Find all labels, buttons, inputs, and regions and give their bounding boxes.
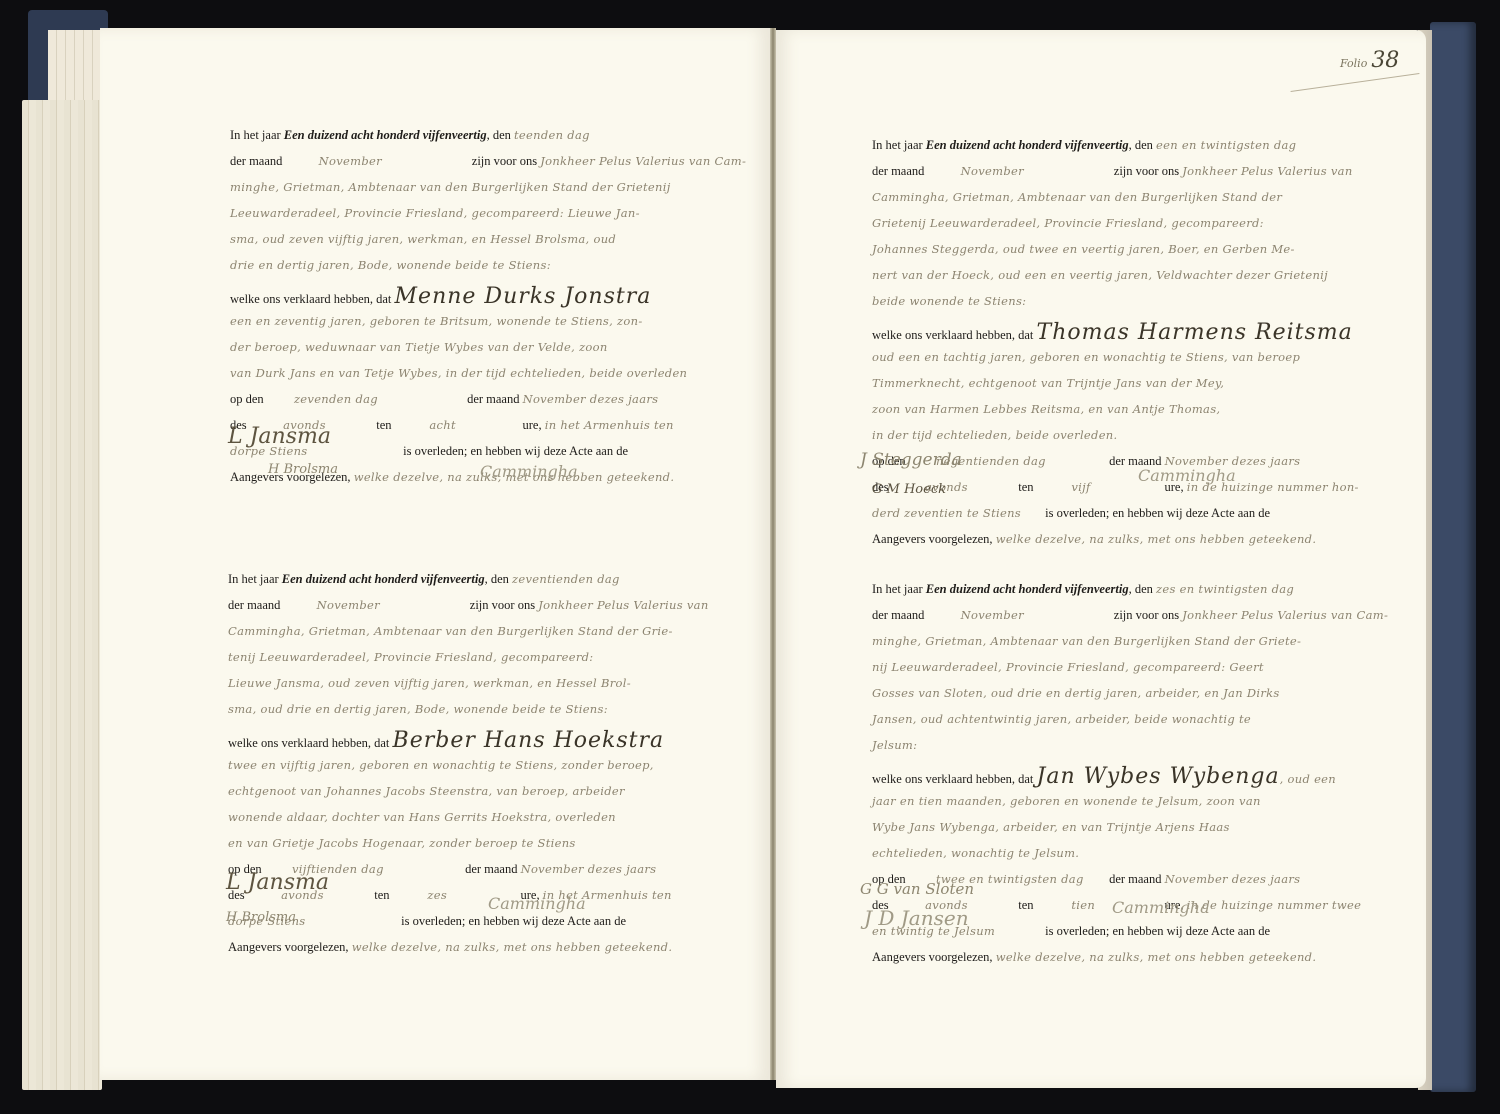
handwritten-official: Jelsum: (872, 738, 1417, 752)
handwritten-place: derd zeventien te Stiens (872, 506, 1042, 520)
death-record-right-top: In het jaar Een duizend acht honderd vij… (872, 138, 1417, 558)
record-month-line: der maand November zijn voor ons Jonkhee… (230, 154, 775, 180)
record-intro-line: In het jaar Een duizend acht honderd vij… (872, 582, 1417, 608)
printed-text: ten (1018, 898, 1068, 913)
printed-text: zijn voor ons (1114, 164, 1179, 178)
printed-text: , den (487, 128, 511, 142)
printed-text: Aangevers voorgelezen, (872, 532, 993, 546)
record-overleden-line: dorpe Stiens is overleden; en hebben wij… (228, 914, 773, 940)
handwritten-age: , oud een (1280, 772, 1336, 786)
handwritten-deceased-detail: wonende aldaar, dochter van Hans Gerrits… (228, 810, 773, 824)
printed-text: In het jaar (872, 582, 923, 596)
handwritten-deceased-detail: in der tijd echtelieden, beide overleden… (872, 428, 1417, 442)
handwritten-date-day: teenden dag (514, 128, 590, 142)
folio-value: 38 (1371, 48, 1399, 73)
printed-text: is overleden; en hebben wij deze Acte aa… (1045, 506, 1270, 520)
signature-witness-2: H Brolsma (226, 910, 296, 925)
record-deceased-line: welke ons verklaard hebben, dat Jan Wybe… (872, 764, 1417, 794)
handwritten-official: Grietenij Leeuwarderadeel, Provincie Fri… (872, 216, 1417, 230)
record-deceased-detail: zoon van Harmen Lebbes Reitsma, en van A… (872, 402, 1417, 428)
record-deceased-detail: jaar en tien maanden, geboren en wonende… (872, 794, 1417, 820)
handwritten-deceased-detail: twee en vijftig jaren, geboren en wonach… (228, 758, 773, 772)
printed-text: zijn voor ons (1114, 608, 1179, 622)
printed-text: ure, (523, 418, 542, 432)
signature-witness-1: L Jansma (228, 424, 331, 449)
printed-text: , den (485, 572, 509, 586)
handwritten-deceased-detail: echtelieden, wonachtig te Jelsum. (872, 846, 1417, 860)
record-deceased-detail: twee en vijftig jaren, geboren en wonach… (228, 758, 773, 784)
printed-text: der maand (228, 598, 280, 612)
handwritten-closing: welke dezelve, na zulks, met ons hebben … (996, 532, 1317, 546)
signature-witness-1: L Jansma (226, 870, 329, 895)
handwritten-hour: acht (429, 418, 519, 432)
printed-text: In het jaar (872, 138, 923, 152)
handwritten-official: Johannes Steggerda, oud twee en veertig … (872, 242, 1417, 256)
handwritten-official: Jansen, oud achtentwintig jaren, arbeide… (872, 712, 1417, 726)
record-deceased-detail: oud een en tachtig jaren, geboren en won… (872, 350, 1417, 376)
printed-text: zijn voor ons (472, 154, 537, 168)
signature-witness-2: H Brolsma (268, 462, 338, 477)
signature-witness-1: G G van Sloten (860, 880, 974, 898)
handwritten-deceased-detail: en van Grietje Jacobs Hogenaar, zonder b… (228, 836, 773, 850)
handwritten-official: Jonkheer Pelus Valerius van (538, 598, 708, 612)
printed-text: is overleden; en hebben wij deze Acte aa… (401, 914, 626, 928)
printed-text: der maand (230, 154, 282, 168)
record-deceased-detail: en van Grietje Jacobs Hogenaar, zonder b… (228, 836, 773, 862)
printed-text: der maand (872, 608, 924, 622)
record-deceased-line: welke ons verklaard hebben, dat Thomas H… (872, 320, 1417, 350)
printed-text: In het jaar (230, 128, 281, 142)
record-intro-line: In het jaar Een duizend acht honderd vij… (230, 128, 775, 154)
handwritten-closing: welke dezelve, na zulks, met ons hebben … (996, 950, 1317, 964)
printed-year: Een duizend acht honderd vijfenveertig (284, 128, 487, 142)
record-death-date-line: op den zevenden dag der maand November d… (230, 392, 775, 418)
deceased-name: Menne Durks Jonstra (395, 284, 652, 309)
record-closing-line: Aangevers voorgelezen, welke dezelve, na… (872, 532, 1417, 558)
record-official-line: Cammingha, Grietman, Ambtenaar van den B… (228, 624, 773, 650)
handwritten-date-day: een en twintigsten dag (1156, 138, 1296, 152)
record-official-line: tenij Leeuwarderadeel, Provincie Friesla… (228, 650, 773, 676)
printed-text: zijn voor ons (470, 598, 535, 612)
record-month-line: der maand November zijn voor ons Jonkhee… (872, 164, 1417, 190)
record-overleden-line: derd zeventien te Stiens is overleden; e… (872, 506, 1417, 532)
handwritten-month: November (961, 608, 1111, 622)
handwritten-death-month: November dezes jaars (523, 392, 659, 406)
handwritten-official: minghe, Grietman, Ambtenaar van den Burg… (872, 634, 1417, 648)
record-official-line: sma, oud drie en dertig jaren, Bode, won… (228, 702, 773, 728)
record-deceased-detail: echtgenoot van Johannes Jacobs Steenstra… (228, 784, 773, 810)
record-deceased-detail: Wybe Jans Wybenga, arbeider, en van Trij… (872, 820, 1417, 846)
record-deceased-detail: echtelieden, wonachtig te Jelsum. (872, 846, 1417, 872)
handwritten-official: Lieuwe Jansma, oud zeven vijftig jaren, … (228, 676, 773, 690)
handwritten-month: November (317, 598, 467, 612)
handwritten-deceased-detail: oud een en tachtig jaren, geboren en won… (872, 350, 1417, 364)
printed-text: op den (230, 392, 264, 406)
printed-text: is overleden; en hebben wij deze Acte aa… (403, 444, 628, 458)
handwritten-official: Cammingha, Grietman, Ambtenaar van den B… (872, 190, 1417, 204)
record-deceased-detail: een en zeventig jaren, geboren te Britsu… (230, 314, 775, 340)
printed-text: , den (1129, 582, 1153, 596)
record-deceased-detail: wonende aldaar, dochter van Hans Gerrits… (228, 810, 773, 836)
record-official-line: Johannes Steggerda, oud twee en veertig … (872, 242, 1417, 268)
signature-official: Cammingha (1112, 898, 1210, 917)
handwritten-date-day: zes en twintigsten dag (1156, 582, 1294, 596)
record-official-line: Gosses van Sloten, oud drie en dertig ja… (872, 686, 1417, 712)
handwritten-deceased-detail: Timmerknecht, echtgenoot van Trijntje Ja… (872, 376, 1417, 390)
signature-witness-2: G M Hoeck (872, 482, 946, 497)
record-month-line: der maand November zijn voor ons Jonkhee… (228, 598, 773, 624)
book-cover-right (1430, 22, 1476, 1092)
handwritten-official: Jonkheer Pelus Valerius van Cam- (1182, 608, 1388, 622)
record-official-line: beide wonende te Stiens: (872, 294, 1417, 320)
record-official-line: Jansen, oud achtentwintig jaren, arbeide… (872, 712, 1417, 738)
printed-text: Aangevers voorgelezen, (872, 950, 993, 964)
handwritten-death-month: November dezes jaars (521, 862, 657, 876)
printed-text: der maand (467, 392, 519, 406)
handwritten-deceased-detail: een en zeventig jaren, geboren te Britsu… (230, 314, 775, 328)
printed-text: der maand (1109, 872, 1161, 886)
record-deceased-detail: Timmerknecht, echtgenoot van Trijntje Ja… (872, 376, 1417, 402)
printed-text: der maand (872, 164, 924, 178)
handwritten-official: Jonkheer Pelus Valerius van Cam- (540, 154, 746, 168)
printed-text: is overleden; en hebben wij deze Acte aa… (1045, 924, 1270, 938)
signature-official: Cammingha (488, 894, 586, 913)
loose-pages-left (22, 100, 102, 1090)
record-intro-line: In het jaar Een duizend acht honderd vij… (872, 138, 1417, 164)
printed-text: Aangevers voorgelezen, (228, 940, 349, 954)
handwritten-official: Cammingha, Grietman, Ambtenaar van den B… (228, 624, 773, 638)
deceased-name: Thomas Harmens Reitsma (1037, 320, 1353, 345)
handwritten-death-day: zevenden dag (294, 392, 464, 406)
record-official-line: Jelsum: (872, 738, 1417, 764)
deceased-name: Jan Wybes Wybenga (1037, 764, 1280, 789)
record-official-line: sma, oud zeven vijftig jaren, werkman, e… (230, 232, 775, 258)
handwritten-deceased-detail: der beroep, weduwnaar van Tietje Wybes v… (230, 340, 775, 354)
record-official-line: minghe, Grietman, Ambtenaar van den Burg… (872, 634, 1417, 660)
printed-text: In het jaar (228, 572, 279, 586)
handwritten-official: tenij Leeuwarderadeel, Provincie Friesla… (228, 650, 773, 664)
handwritten-deceased-detail: jaar en tien maanden, geboren en wonende… (872, 794, 1417, 808)
printed-text: der maand (465, 862, 517, 876)
handwritten-official: sma, oud drie en dertig jaren, Bode, won… (228, 702, 773, 716)
printed-text: welke ons verklaard hebben, dat (230, 292, 391, 306)
handwritten-official: beide wonende te Stiens: (872, 294, 1417, 308)
printed-year: Een duizend acht honderd vijfenveertig (926, 138, 1129, 152)
printed-year: Een duizend acht honderd vijfenveertig (282, 572, 485, 586)
signature-witness-1: J Steggerda (860, 450, 962, 470)
handwritten-place: in de huizinge nummer twee (1187, 898, 1361, 912)
printed-text: , den (1129, 138, 1153, 152)
handwritten-official: Gosses van Sloten, oud drie en dertig ja… (872, 686, 1417, 700)
signature-official: Cammingha (480, 462, 578, 481)
printed-text: welke ons verklaard hebben, dat (228, 736, 389, 750)
record-closing-line: Aangevers voorgelezen, welke dezelve, na… (872, 950, 1417, 976)
record-official-line: drie en dertig jaren, Bode, wonende beid… (230, 258, 775, 284)
handwritten-death-month: November dezes jaars (1165, 872, 1301, 886)
deceased-name: Berber Hans Hoekstra (393, 728, 665, 753)
record-deceased-detail: van Durk Jans en van Tetje Wybes, in der… (230, 366, 775, 392)
handwritten-deceased-detail: Wybe Jans Wybenga, arbeider, en van Trij… (872, 820, 1417, 834)
handwritten-month: November (319, 154, 469, 168)
handwritten-official: minghe, Grietman, Ambtenaar van den Burg… (230, 180, 775, 194)
folio-label: Folio (1340, 57, 1367, 70)
signature-official: Cammingha (1138, 466, 1236, 485)
folio-number: Folio38 (1340, 48, 1399, 73)
handwritten-official: Jonkheer Pelus Valerius van (1182, 164, 1352, 178)
handwritten-official: nij Leeuwarderadeel, Provincie Friesland… (872, 660, 1417, 674)
record-official-line: nij Leeuwarderadeel, Provincie Friesland… (872, 660, 1417, 686)
record-closing-line: Aangevers voorgelezen, welke dezelve, na… (228, 940, 773, 966)
handwritten-official: drie en dertig jaren, Bode, wonende beid… (230, 258, 775, 272)
record-deceased-line: welke ons verklaard hebben, dat Menne Du… (230, 284, 775, 314)
handwritten-official: Leeuwarderadeel, Provincie Friesland, ge… (230, 206, 775, 220)
record-official-line: Lieuwe Jansma, oud zeven vijftig jaren, … (228, 676, 773, 702)
handwritten-date-day: zeventienden dag (512, 572, 620, 586)
record-deceased-line: welke ons verklaard hebben, dat Berber H… (228, 728, 773, 758)
printed-text: welke ons verklaard hebben, dat (872, 772, 1033, 786)
record-official-line: Leeuwarderadeel, Provincie Friesland, ge… (230, 206, 775, 232)
printed-year: Een duizend acht honderd vijfenveertig (926, 582, 1129, 596)
record-official-line: Cammingha, Grietman, Ambtenaar van den B… (872, 190, 1417, 216)
handwritten-closing: welke dezelve, na zulks, met ons hebben … (352, 940, 673, 954)
handwritten-month: November (961, 164, 1111, 178)
printed-text: welke ons verklaard hebben, dat (872, 328, 1033, 342)
handwritten-deceased-detail: zoon van Harmen Lebbes Reitsma, en van A… (872, 402, 1417, 416)
record-month-line: der maand November zijn voor ons Jonkhee… (872, 608, 1417, 634)
record-deceased-detail: der beroep, weduwnaar van Tietje Wybes v… (230, 340, 775, 366)
printed-text: ten (1018, 480, 1068, 495)
handwritten-official: nert van der Hoeck, oud een en veertig j… (872, 268, 1417, 282)
signature-witness-2: J D Jansen (864, 906, 969, 930)
record-official-line: nert van der Hoeck, oud een en veertig j… (872, 268, 1417, 294)
handwritten-deceased-detail: echtgenoot van Johannes Jacobs Steenstra… (228, 784, 773, 798)
record-official-line: Grietenij Leeuwarderadeel, Provincie Fri… (872, 216, 1417, 242)
handwritten-place: in het Armenhuis ten (545, 418, 674, 432)
record-intro-line: In het jaar Een duizend acht honderd vij… (228, 572, 773, 598)
record-official-line: minghe, Grietman, Ambtenaar van den Burg… (230, 180, 775, 206)
printed-text: ten (374, 888, 424, 903)
handwritten-deceased-detail: van Durk Jans en van Tetje Wybes, in der… (230, 366, 775, 380)
handwritten-official: sma, oud zeven vijftig jaren, werkman, e… (230, 232, 775, 246)
printed-text: ten (376, 418, 426, 433)
